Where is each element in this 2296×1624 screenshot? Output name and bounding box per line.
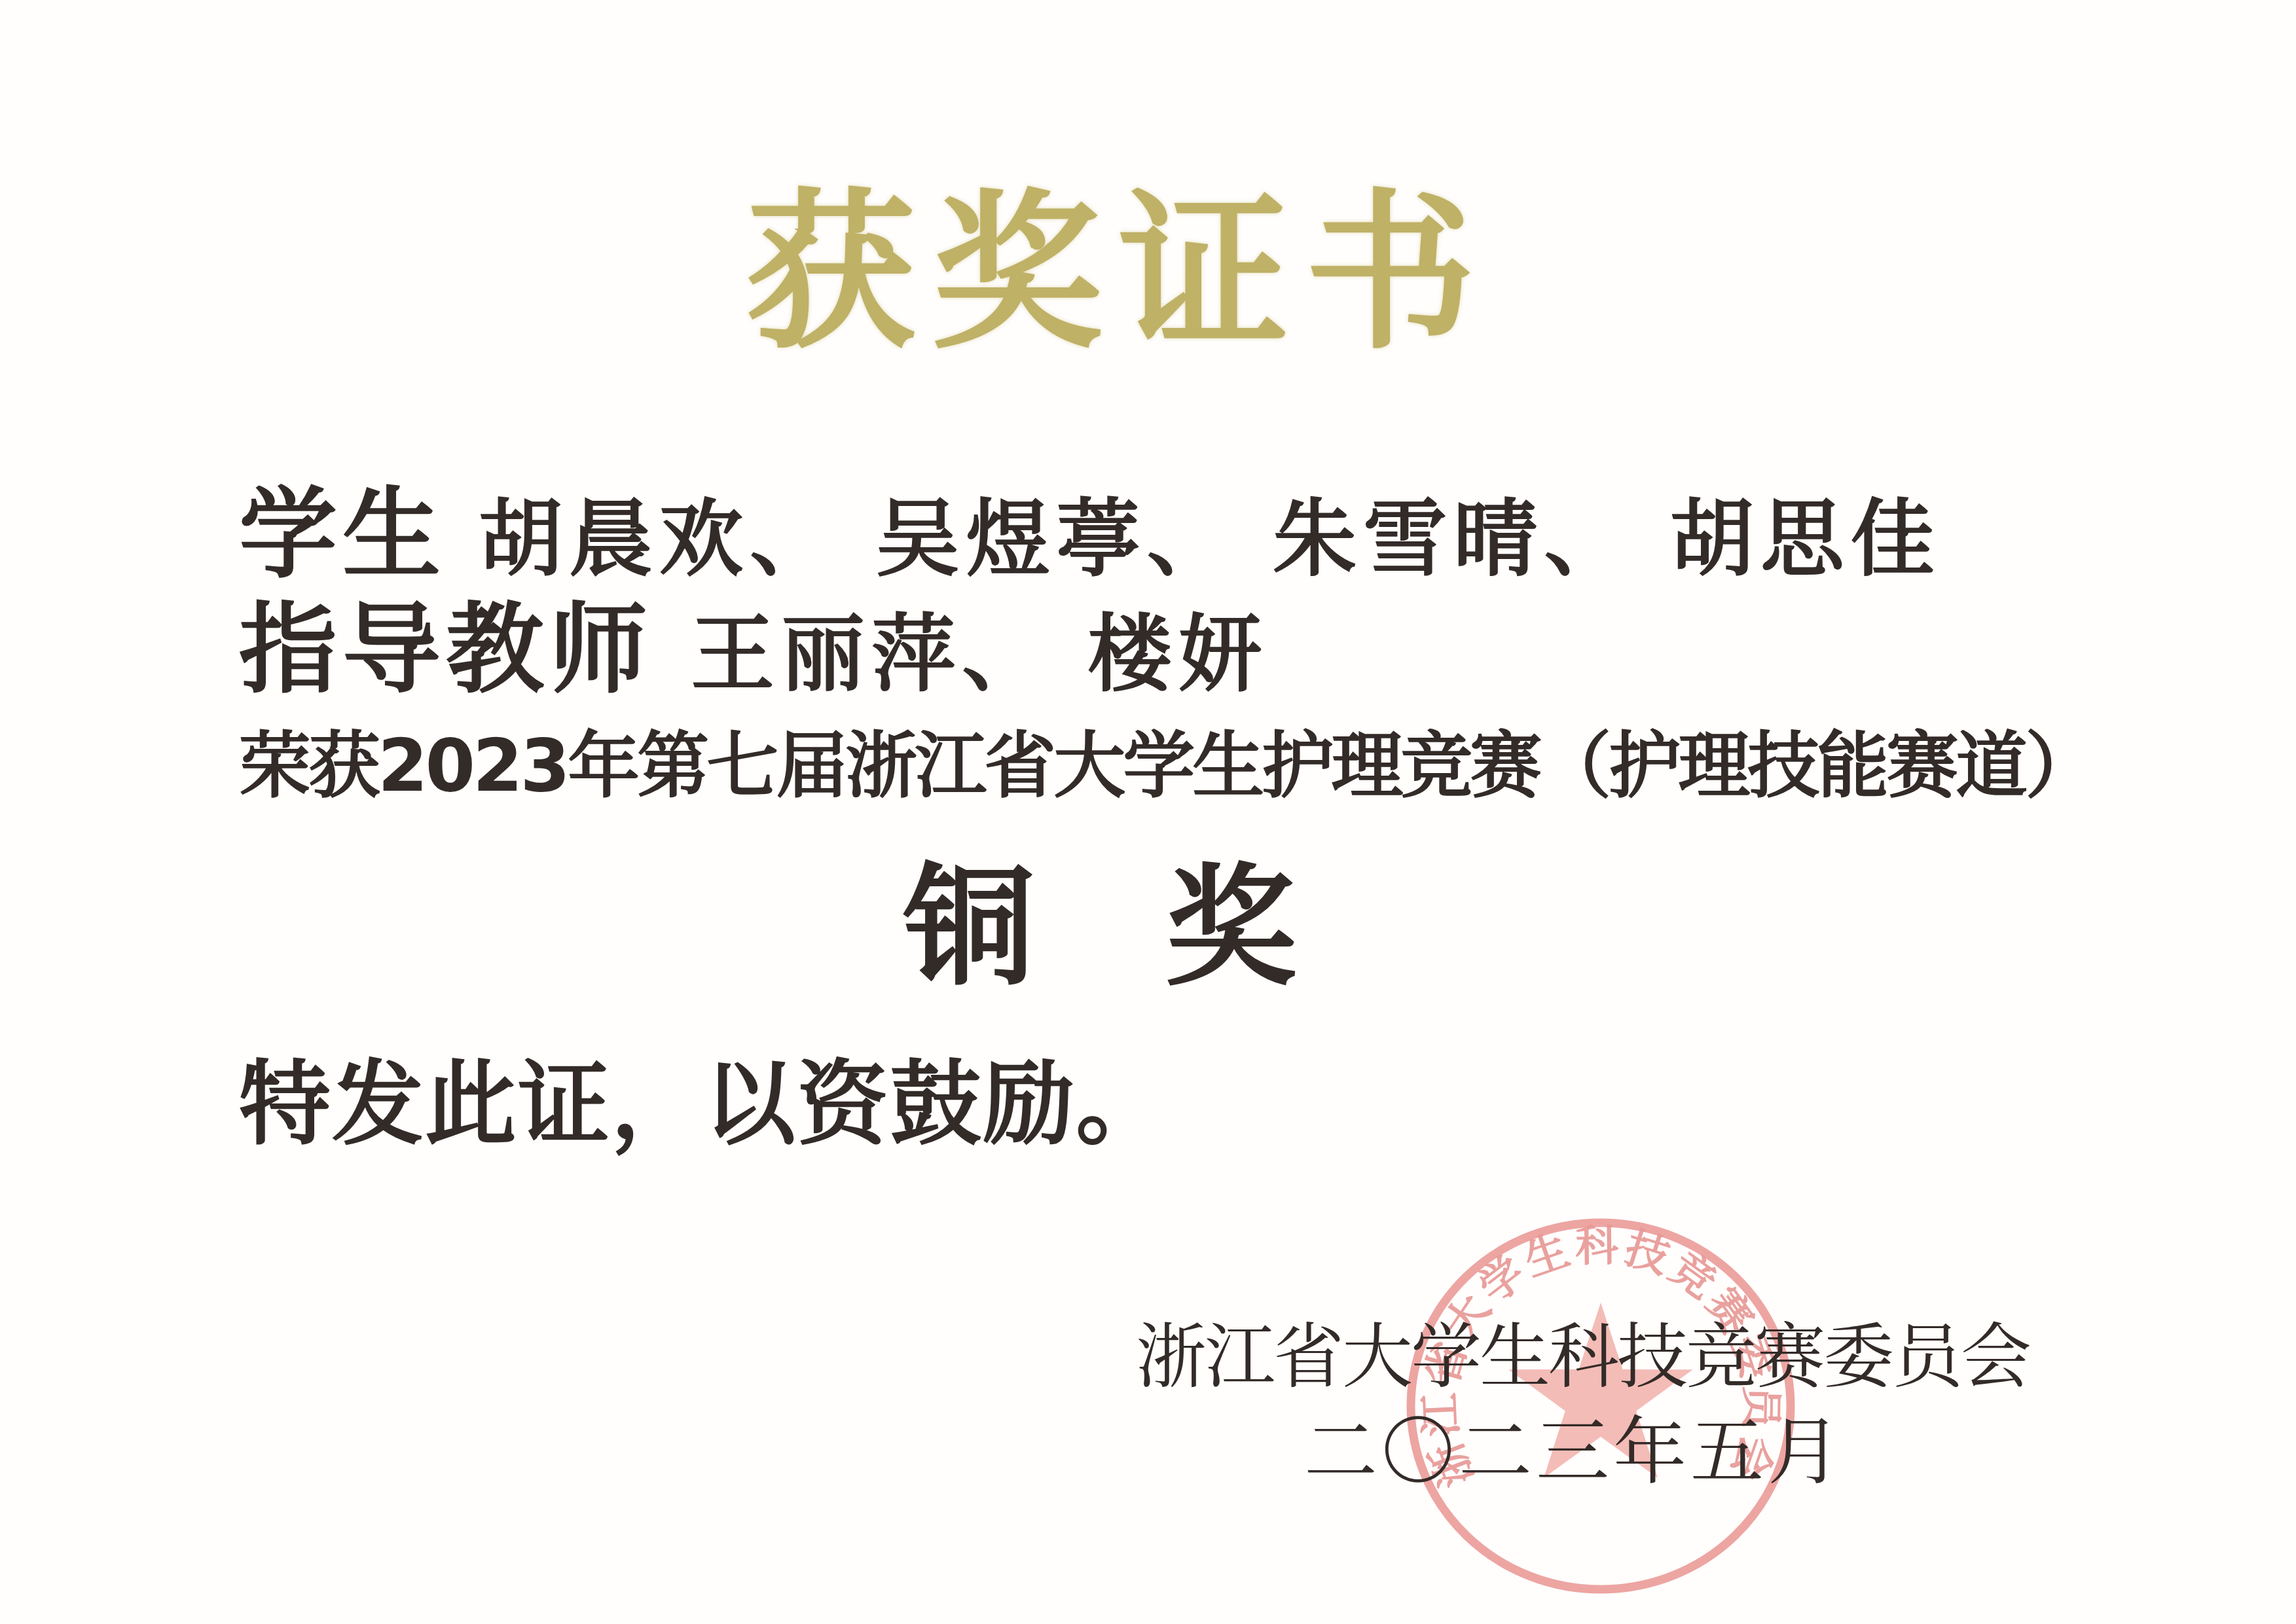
certificate-page: 获奖证书 学生 胡晨欢、 吴煜葶、 朱雪晴、 胡思佳 指导教师 王丽萍、 楼妍 … xyxy=(0,0,2296,1624)
award-grade-text: 铜 奖 xyxy=(903,863,1296,994)
students-names: 胡晨欢、 吴煜葶、 朱雪晴、 胡思佳 xyxy=(479,498,1941,582)
advisors-names: 王丽萍、 楼妍 xyxy=(691,613,1269,697)
certificate-title: 获奖证书 xyxy=(0,189,2267,359)
students-row: 学生 胡晨欢、 吴煜葶、 朱雪晴、 胡思佳 xyxy=(239,486,1941,584)
motto-text: 特发此证，以资鼓励。 xyxy=(239,1059,1169,1151)
students-label: 学生 xyxy=(239,486,446,584)
advisors-row: 指导教师 王丽萍、 楼妍 xyxy=(239,601,1269,699)
achievement-text: 荣获2023年第七届浙江省大学生护理竞赛（护理技能赛道） xyxy=(239,730,2094,802)
issue-date-text: 二〇二三年五月 xyxy=(1304,1416,1845,1489)
issuer-committee-text: 浙江省大学生科技竞赛委员会 xyxy=(1136,1322,2030,1393)
official-seal-stamp: 浙江省大学生科技竞赛委员会 xyxy=(1404,1213,1797,1606)
advisors-label: 指导教师 xyxy=(239,601,653,699)
